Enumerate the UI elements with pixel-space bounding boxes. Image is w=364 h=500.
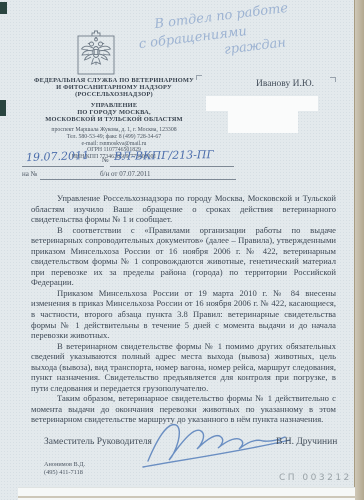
body-paragraph: Управление Россельхознадзора по городу М… [31,193,336,225]
number-sign: № [102,156,109,164]
executor-info: Анонимов В.Д. (495) 411-7118 [44,461,85,476]
incoming-reference-value: б/н от 07.07.2011 [100,170,150,178]
scan-edge-bottom-line [18,496,355,498]
handwritten-routing-note: В отдел по работе с обращениями граждан [136,0,354,19]
outgoing-date-handwritten: 19.07.2011 [26,149,89,164]
number-underline [110,166,234,167]
scan-edge-bottom [18,487,355,500]
department-name-line: МОСКОВСКОЙ И ТУЛЬСКОЙ ОБЛАСТЯМ [8,116,220,123]
form-number: СП 003212 [279,473,352,483]
signer-title: Заместитель Руководителя [44,437,152,447]
handwritten-signature [138,415,298,470]
body-paragraph: Приказом Минсельхоза России от 19 марта … [31,288,336,341]
scan-edge-right [354,0,364,500]
body-paragraph: В соответствии с «Правилами организации … [31,225,336,288]
department-name-line: УПРАВЛЕНИЕ [8,102,220,109]
letterhead-phone: Тел. 580-53-49; факс 8 (499) 728-34-67 [8,134,220,141]
letterhead-address: проспект Маршала Жукова, д. 1, г. Москва… [8,127,220,134]
addressee-name: Иванову И.Ю. [230,79,340,89]
executor-name: Анонимов В.Д. [44,461,85,469]
coat-of-arms-icon [76,29,116,77]
agency-name-line: ФЕДЕРАЛЬНАЯ СЛУЖБА ПО ВЕТЕРИНАРНОМУ [8,77,220,84]
incoming-reference-prefix: на № [22,170,37,178]
department-name-line: ПО ГОРОДУ МОСКВА, [8,109,220,116]
letter-body: Управление Россельхознадзора по городу М… [31,193,336,425]
executor-phone: (495) 411-7118 [44,469,85,477]
scan-artifact-mark [0,2,7,14]
agency-name-line: И ФИТОСАНИТАРНОМУ НАДЗОРУ [8,84,220,91]
incoming-underline [40,179,236,180]
redaction-box [206,96,318,111]
signer-name: В.Н. Дручинин [276,437,337,447]
agency-name-line: (РОССЕЛЬХОЗНАДЗОР) [8,91,220,98]
redaction-box [228,111,298,133]
letterhead-email: e-mail: rsnmoskva@mail.ru [8,141,220,148]
date-underline [22,166,104,167]
outgoing-number-handwritten: ВЛ-ВКПГ/213-ПГ [114,148,214,163]
scan-artifact-mark [0,100,6,116]
address-zone-corner-mark [196,75,202,80]
body-paragraph: В ветеринарном свидетельстве формы № 1 п… [31,341,336,394]
scanned-letter-page: В отдел по работе с обращениями граждан [0,0,364,500]
